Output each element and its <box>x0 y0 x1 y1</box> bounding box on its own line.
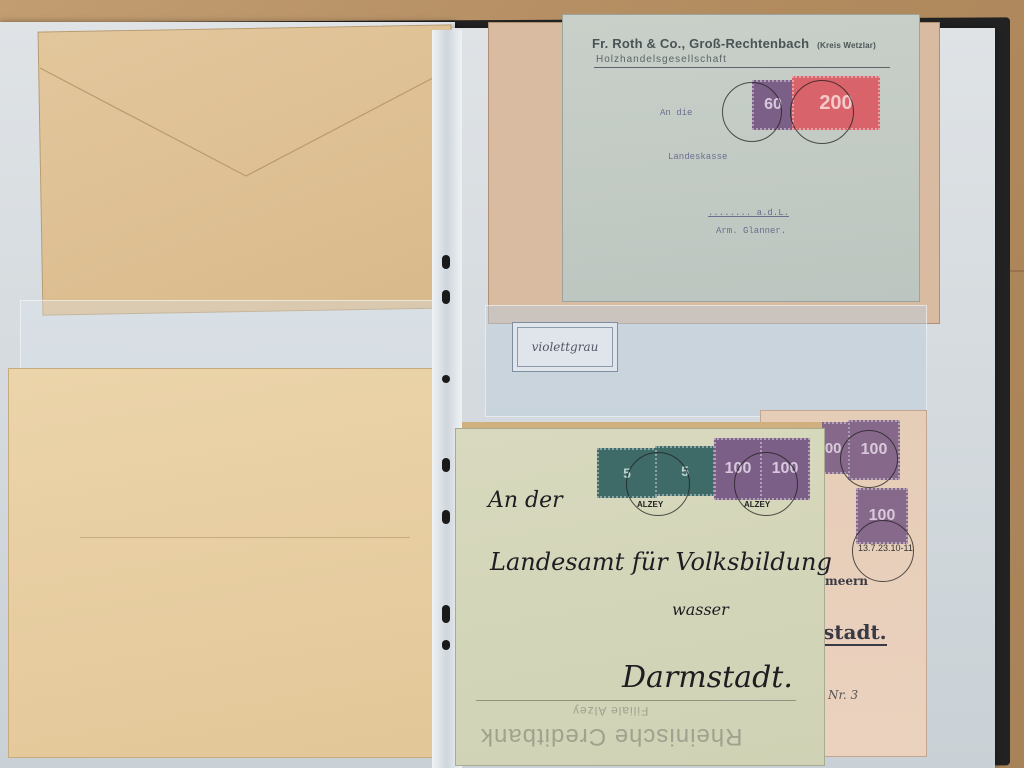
ring-hole <box>442 375 450 383</box>
handwritten-address-line: wasser <box>672 600 729 619</box>
show-through-text: Rheinische Creditbank <box>480 722 742 750</box>
show-through-text: Filiale Alzey <box>572 704 648 718</box>
sender-header: Fr. Roth & Co., Groß-Rechtenbach (Kreis … <box>592 36 876 51</box>
empty-sleeve-left <box>20 300 437 372</box>
printed-rule <box>476 700 796 701</box>
handwritten-address-line: Darmstadt. <box>622 660 793 695</box>
handwritten-address-line: Landesamt für Volksbildung <box>490 548 832 576</box>
envelope-back-bottom-left <box>8 368 442 758</box>
sleeve-label-text: violettgrau <box>517 327 613 367</box>
postmark-text: ALZEY <box>637 500 663 509</box>
sender-region: (Kreis Wetzlar) <box>817 41 876 50</box>
ring-hole <box>442 640 450 650</box>
handwritten-note: Nr. 3 <box>828 688 858 702</box>
ring-hole <box>442 458 450 472</box>
sender-subline: Holzhandelsgesellschaft <box>596 54 727 65</box>
address-line: ........ a.d.L. <box>708 208 789 218</box>
postmark-date: 13.7.23.10-11 <box>858 543 913 553</box>
ring-hole <box>442 605 450 623</box>
partial-city-text: stadt. <box>823 620 887 646</box>
ring-hole <box>442 255 450 269</box>
envelope-fold-line <box>80 537 410 538</box>
ring-hole <box>442 510 450 524</box>
postmark-cancel <box>790 80 854 144</box>
header-rule <box>594 67 890 68</box>
address-line: An die <box>660 108 692 118</box>
sender-name: Fr. Roth & Co., Groß-Rechtenbach <box>592 36 809 51</box>
sleeve-label: violettgrau <box>512 322 618 372</box>
handwritten-address-line: An der <box>488 488 563 513</box>
partial-address-text: meern <box>825 574 868 588</box>
postmark-text: ALZEY <box>744 500 770 509</box>
envelope-flap-lines <box>40 28 452 178</box>
ring-hole <box>442 290 450 304</box>
postmark-cancel <box>722 82 782 142</box>
postmark-cancel <box>840 430 898 488</box>
address-line: Landeskasse <box>668 152 727 162</box>
address-line: Arm. Glanner. <box>716 226 786 236</box>
